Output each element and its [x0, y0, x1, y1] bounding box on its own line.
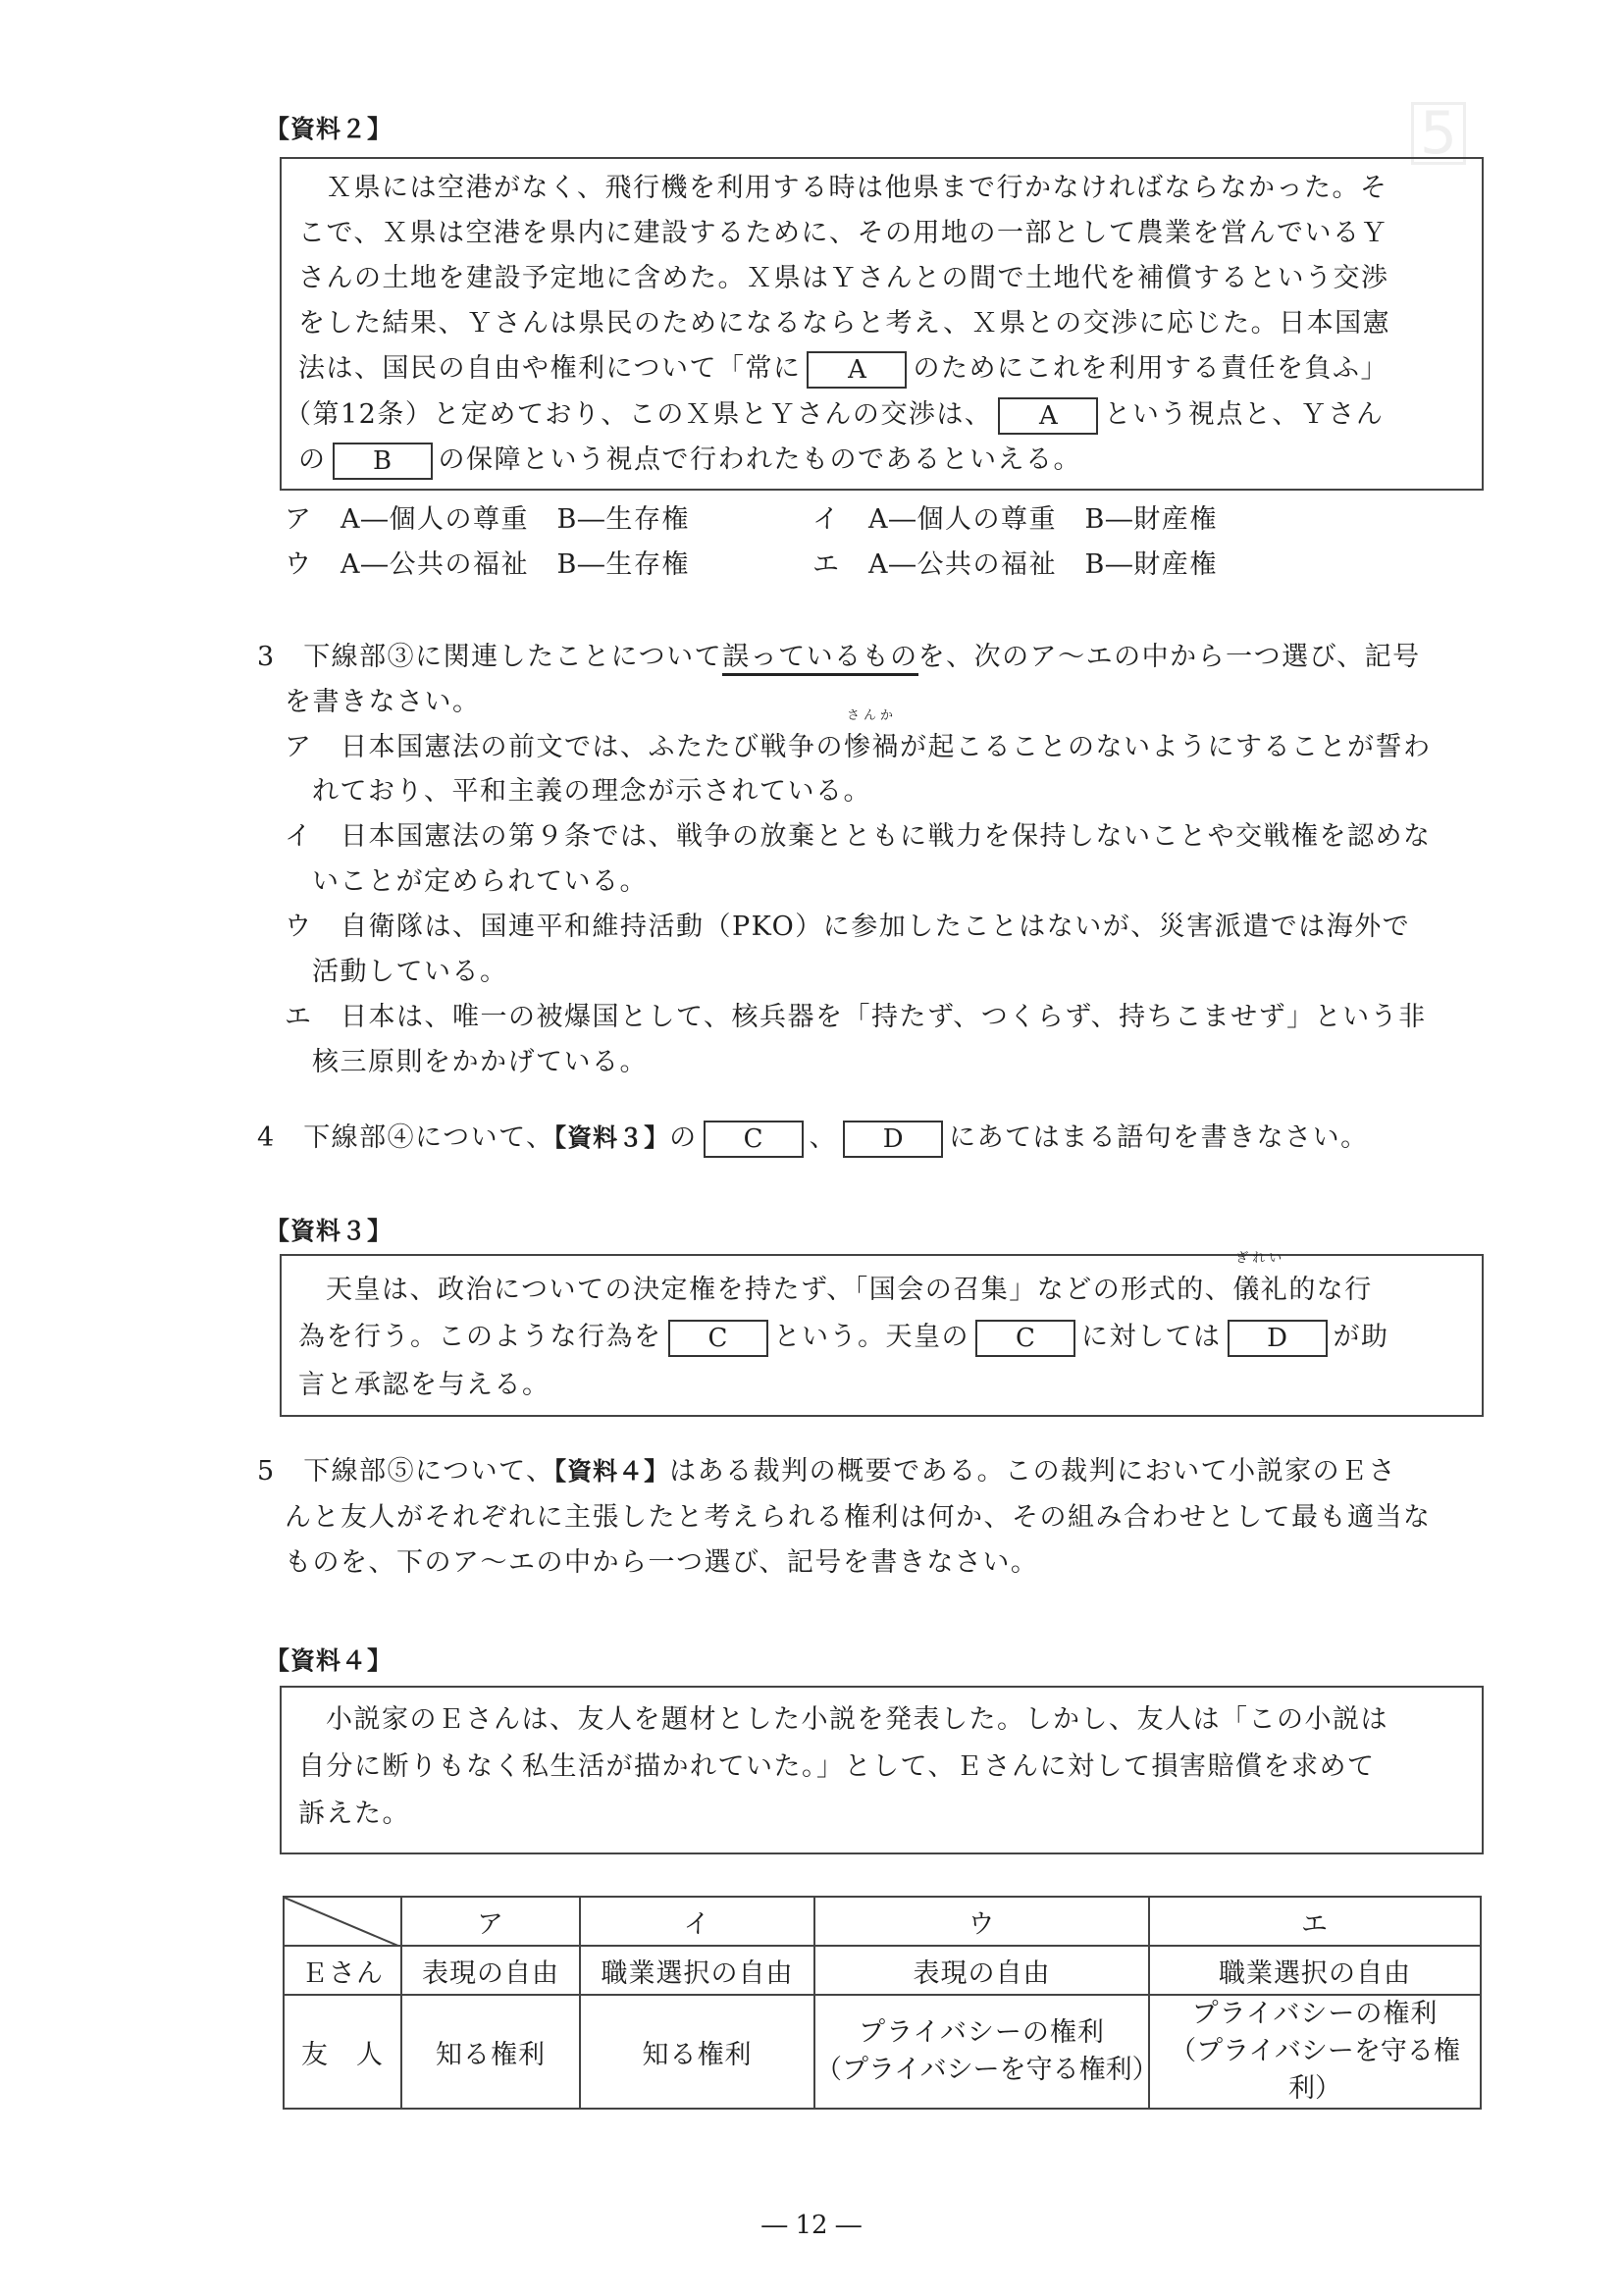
material2-line-6-post: という視点と、Ｙさん	[1104, 399, 1384, 430]
material3-text: 天皇は、政治についての決定権を持たず、「国会の召集」などの形式的、	[326, 1275, 1232, 1305]
q4-text: 下線部④について、	[303, 1122, 553, 1153]
material3-line-3: 言と承認を与える。	[298, 1366, 550, 1405]
q4-text: 、	[810, 1122, 838, 1153]
blank-a: A	[998, 397, 1098, 435]
material-reference: 【資料３】	[554, 1123, 670, 1152]
choice-text: A―個人の尊重 B―生存権	[340, 504, 690, 535]
blank-b: B	[333, 443, 433, 480]
material3-line-1: 天皇は、政治についての決定権を持たず、「国会の召集」などの形式的、ぎれい儀礼的な…	[326, 1271, 1373, 1310]
table-cell: 知る権利	[580, 1995, 814, 2109]
q5-text: はある裁判の概要である。この裁判において小説家のＥさ	[669, 1456, 1396, 1487]
blank-d: D	[843, 1121, 943, 1158]
q3-choice-u-line-2: 活動している。	[312, 953, 508, 992]
diagonal-corner-cell	[284, 1897, 401, 1946]
table-row: 友 人 知る権利 知る権利 プライバシーの権利 （プライバシーを守る権利） プラ…	[284, 1995, 1481, 2109]
material4-line-1: 小説家のＥさんは、友人を題材とした小説を発表した。しかし、友人は「この小説は	[326, 1700, 1388, 1740]
answer-choice-table: ア イ ウ エ Ｅさん 表現の自由 職業選択の自由 表現の自由 職業選択の自由 …	[283, 1896, 1482, 2110]
material3-text: が助	[1334, 1322, 1389, 1352]
choice-text: 自衛隊は、国連平和維持活動（PKO）に参加したことはないが、災害派遣では海外で	[340, 912, 1410, 942]
cell-line: （プライバシーを守る権利）	[1150, 2033, 1480, 2108]
page-number: ― 12 ―	[0, 2211, 1623, 2240]
q4-line: 4 下線部④について、【資料３】のC、Dにあてはまる語句を書きなさい。	[257, 1119, 1369, 1158]
q3-choice-e-line-2: 核三原則をかかげている。	[312, 1043, 648, 1082]
table-row: Ｅさん 表現の自由 職業選択の自由 表現の自由 職業選択の自由	[284, 1946, 1481, 1995]
material2-line-6-pre: （第12条）と定めており、このＸ県とＹさんの交渉は、	[285, 399, 992, 430]
q3-choice-a-line-2: れており、平和主義の理念が示されている。	[312, 772, 871, 811]
choice-a: ア A―個人の尊重 B―生存権	[285, 500, 690, 540]
q3-choice-e-line-1: エ 日本は、唯一の被爆国として、核兵器を「持たず、つくらず、持ちこませず」という…	[285, 998, 1427, 1037]
material4-line-2: 自分に断りもなく私生活が描かれていた。」として、Ｅさんに対して損害賠償を求めて	[298, 1748, 1375, 1787]
row-label: 友 人	[284, 1995, 401, 2109]
choice-label: エ	[285, 1002, 313, 1032]
table-cell: 知る権利	[401, 1995, 580, 2109]
q4-text: の	[669, 1122, 698, 1153]
cell-line: プライバシーの権利	[1150, 1996, 1480, 2033]
material2-line-2: こで、Ｘ県は空港を県内に建設するために、その用地の一部として農業を営んでいるＹ	[298, 214, 1388, 253]
choice-text: が起こることのないようにすることが誓わ	[900, 732, 1432, 762]
q3-line-1: 3 下線部③に関連したことについて誤っているものを、次のア～エの中から一つ選び、…	[257, 638, 1421, 677]
blank-c: C	[704, 1121, 804, 1158]
choice-text: A―公共の福祉 B―生存権	[340, 549, 690, 580]
question-number: 5	[257, 1456, 276, 1487]
ruby-reading: さんか	[844, 708, 900, 724]
material3-heading: 【資料３】	[265, 1212, 393, 1247]
blank-a: A	[807, 351, 907, 389]
material2-line-4: をした結果、Ｙさんは県民のためになるならと考え、Ｘ県との交渉に応じた。日本国憲	[298, 304, 1390, 343]
header-cell: イ	[580, 1897, 814, 1946]
table-cell: 表現の自由	[401, 1946, 580, 1995]
material3-text: 的な行	[1288, 1275, 1373, 1305]
q3-line-2: を書きなさい。	[285, 683, 481, 722]
q3-choice-i-line-2: いことが定められている。	[312, 862, 648, 902]
table-cell: 職業選択の自由	[580, 1946, 814, 1995]
choice-label: ウ	[285, 549, 313, 580]
choice-i: イ A―個人の尊重 B―財産権	[812, 500, 1218, 540]
material3-line-2: 為を行う。このような行為をCという。天皇のCに対してはDが助	[298, 1318, 1389, 1357]
q3-choice-u-line-1: ウ 自衛隊は、国連平和維持活動（PKO）に参加したことはないが、災害派遣では海外…	[285, 908, 1410, 947]
material2-line-5-post: のためにこれを利用する責任を負ふ」	[913, 353, 1388, 384]
ruby-base: 儀礼	[1232, 1275, 1288, 1305]
choice-e: エ A―公共の福祉 B―財産権	[812, 546, 1218, 585]
choice-text: A―個人の尊重 B―財産権	[868, 504, 1218, 535]
table-cell: プライバシーの権利 （プライバシーを守る権利）	[814, 1995, 1149, 2109]
material3-text: 為を行う。このような行為を	[298, 1322, 662, 1352]
underlined-emphasis: 誤っているもの	[722, 642, 918, 676]
table-header-row: ア イ ウ エ	[284, 1897, 1481, 1946]
choice-label: エ	[812, 549, 841, 580]
q4-text: にあてはまる語句を書きなさい。	[949, 1122, 1369, 1153]
choice-label: イ	[812, 504, 841, 535]
choice-label: イ	[285, 821, 313, 852]
question-number: 3	[257, 642, 276, 672]
q5-line-1: 5 下線部⑤について、【資料４】はある裁判の概要である。この裁判において小説家の…	[257, 1452, 1396, 1491]
diagonal-line-icon	[285, 1898, 400, 1947]
bleed-through-section-number: 5	[1411, 102, 1466, 165]
cell-line: （プライバシーを守る権利）	[815, 2052, 1148, 2089]
ruby-word: さんか惨禍	[844, 728, 900, 767]
choice-u: ウ A―公共の福祉 B―生存権	[285, 546, 690, 585]
row-label: Ｅさん	[284, 1946, 401, 1995]
material4-heading: 【資料４】	[265, 1642, 393, 1677]
material2-line-3: さんの土地を建設予定地に含めた。Ｘ県はＹさんとの間で土地代を補償するという交渉	[298, 259, 1389, 298]
blank-d: D	[1228, 1320, 1328, 1357]
choice-label: ウ	[285, 912, 313, 942]
material2-heading: 【資料２】	[265, 110, 393, 145]
question-number: 4	[257, 1122, 276, 1153]
header-cell: ア	[401, 1897, 580, 1946]
q3-text: 下線部③に関連したことについて	[303, 642, 722, 672]
choice-text: 日本国憲法の前文では、ふたたび戦争の	[340, 732, 844, 762]
header-cell: エ	[1149, 1897, 1481, 1946]
material-reference: 【資料４】	[554, 1457, 670, 1486]
material2-line-6: （第12条）と定めており、このＸ県とＹさんの交渉は、Aという視点と、Ｙさん	[285, 395, 1384, 435]
q5-text: 下線部⑤について、	[303, 1456, 553, 1487]
material2-line-5: 法は、国民の自由や権利について「常にAのためにこれを利用する責任を負ふ」	[298, 349, 1388, 389]
cell-line: プライバシーの権利	[815, 2014, 1148, 2052]
choice-label: ア	[285, 504, 313, 535]
choice-text: 日本は、唯一の被爆国として、核兵器を「持たず、つくらず、持ちこませず」という非	[340, 1002, 1427, 1032]
table-cell: 表現の自由	[814, 1946, 1149, 1995]
header-cell: ウ	[814, 1897, 1149, 1946]
table-cell: 職業選択の自由	[1149, 1946, 1481, 1995]
material2-line-7: のBの保障という視点で行われたものであるといえる。	[298, 441, 1081, 480]
material3-text: という。天皇の	[774, 1322, 970, 1352]
material2-line-7-pre: の	[298, 444, 327, 475]
ruby-base: 惨禍	[844, 732, 900, 762]
material2-line-1: Ｘ県には空港がなく、飛行機を利用する時は他県まで行かなければならなかった。そ	[326, 169, 1387, 208]
blank-c: C	[975, 1320, 1075, 1357]
material3-text: に対しては	[1081, 1322, 1222, 1352]
blank-c: C	[668, 1320, 768, 1357]
table-cell: プライバシーの権利 （プライバシーを守る権利）	[1149, 1995, 1481, 2109]
ruby-word: ぎれい儀礼	[1232, 1271, 1288, 1310]
material2-line-7-post: の保障という視点で行われたものであるといえる。	[439, 444, 1082, 475]
material2-line-5-pre: 法は、国民の自由や権利について「常に	[298, 353, 801, 384]
choice-text: 日本国憲法の第９条では、戦争の放棄とともに戦力を保持しないことや交戦権を認めな	[340, 821, 1432, 852]
q3-text: を、次のア～エの中から一つ選び、記号	[918, 642, 1421, 672]
choice-text: A―公共の福祉 B―財産権	[868, 549, 1218, 580]
q3-choice-a-line-1: ア 日本国憲法の前文では、ふたたび戦争のさんか惨禍が起こることのないようにするこ…	[285, 728, 1432, 767]
choice-label: ア	[285, 732, 313, 762]
ruby-reading: ぎれい	[1232, 1251, 1288, 1267]
material4-line-3: 訴えた。	[298, 1795, 410, 1834]
q5-line-3: ものを、下のア～エの中から一つ選び、記号を書きなさい。	[285, 1543, 1038, 1583]
q3-choice-i-line-1: イ 日本国憲法の第９条では、戦争の放棄とともに戦力を保持しないことや交戦権を認め…	[285, 817, 1432, 857]
q5-line-2: んと友人がそれぞれに主張したと考えられる権利は何か、その組み合わせとして最も適当…	[285, 1498, 1432, 1538]
